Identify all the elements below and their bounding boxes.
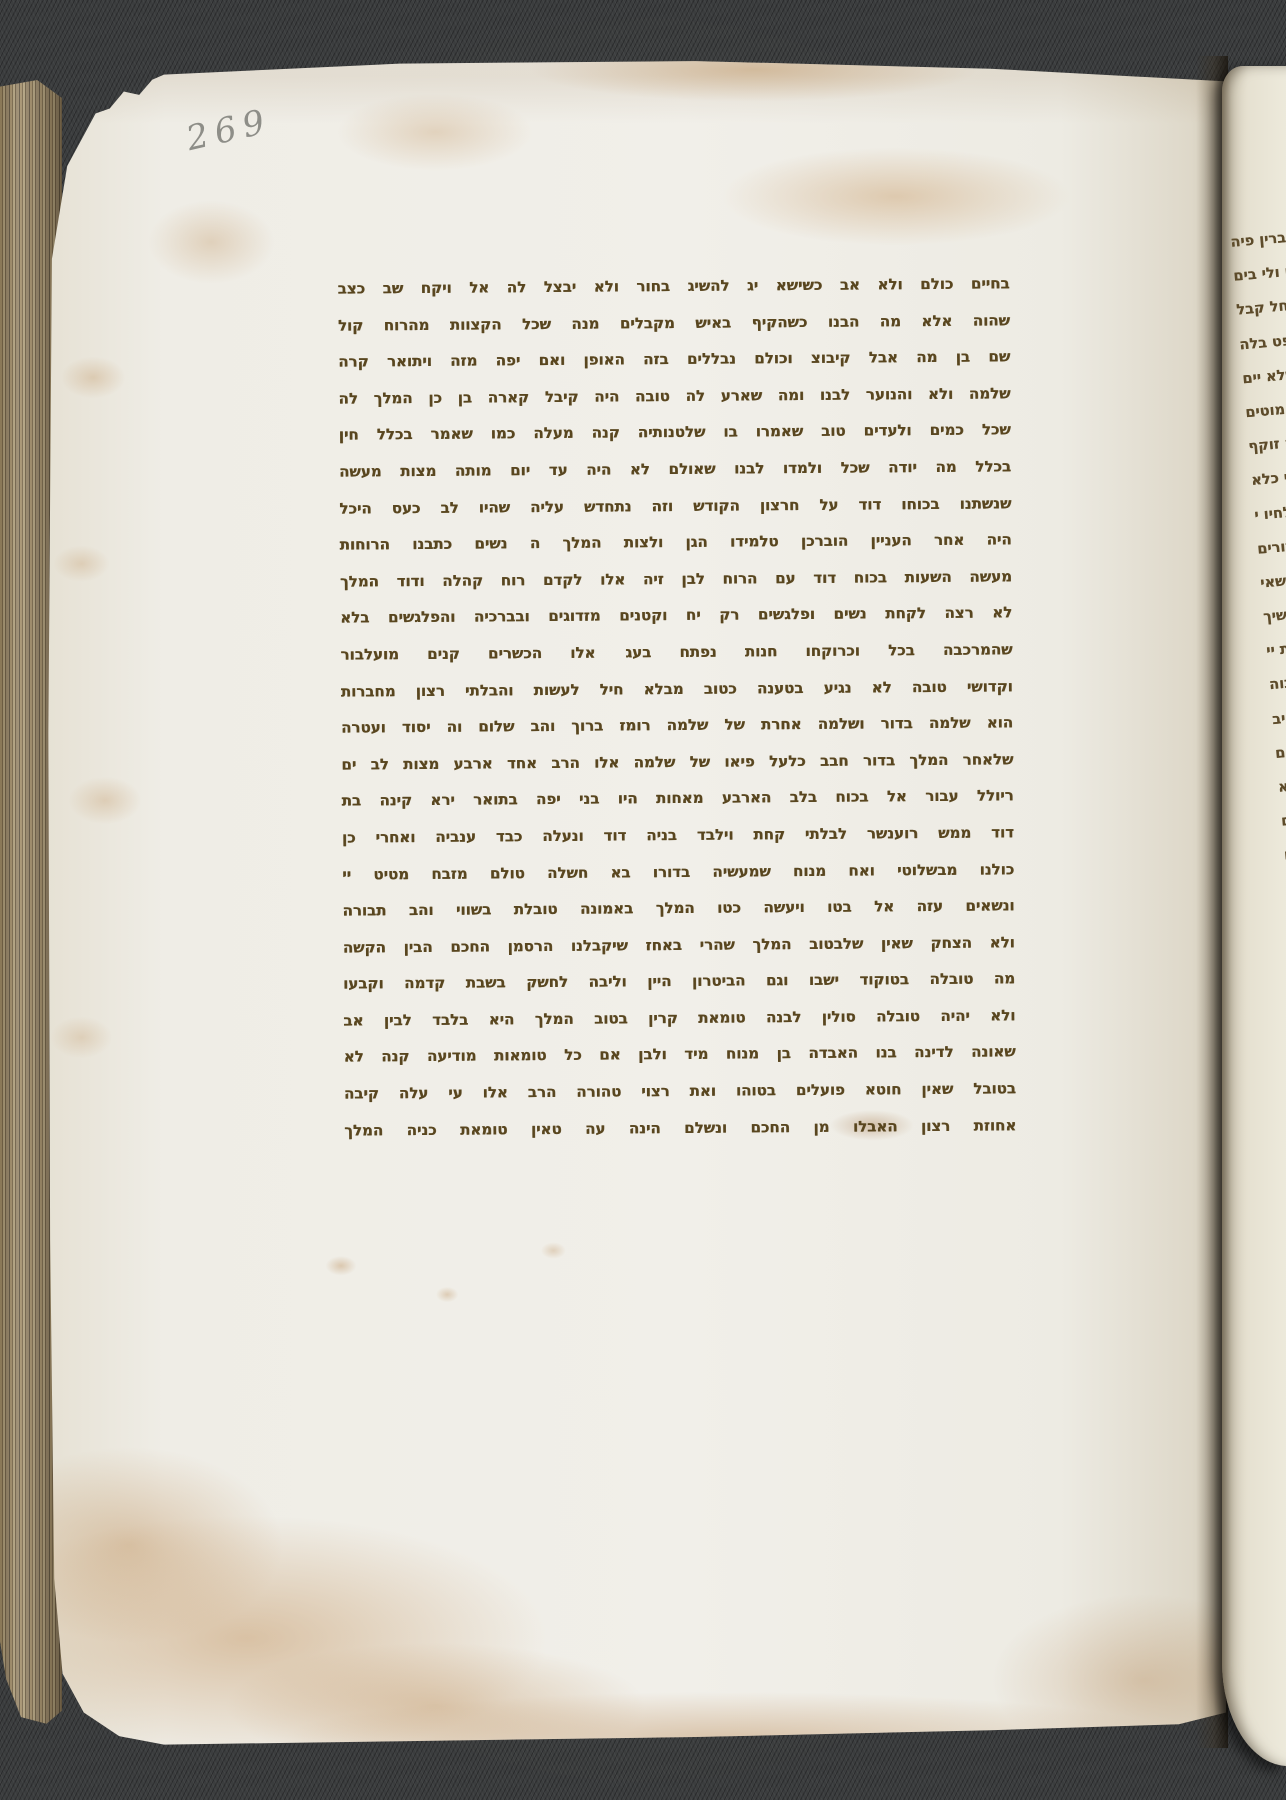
- folio-number: 269: [183, 101, 276, 159]
- manuscript-text-line: שלמה ולא והנוער לבנו ומה שארע לה טובה הי…: [338, 375, 1010, 417]
- manuscript-text-line: היה אחר העניין הוברכן טלמידו הגן ולצות ה…: [339, 522, 1011, 564]
- manuscript-text-line: שנשתנו בכוחו דוד על חרצון הקודש וזה נתחד…: [339, 485, 1011, 527]
- adjacent-page-edge: סברין פיהבים ולי ביםב דיחל קבלוהספט בלהר…: [1222, 66, 1286, 1766]
- manuscript-text-line: שכל כמים ולעדים טוב שאמרו בו שלטנותיה קנ…: [339, 412, 1011, 454]
- manuscript-text-line: ריולל עבור אל בכוח בלב הארבע מאחות היו ב…: [341, 778, 1013, 820]
- manuscript-text-line: כולנו מבשלוטי ואח מנוח שמעשיה בדורו בא ח…: [342, 851, 1014, 893]
- manuscript-text-line: בחיים כולם ולא אב כשישא יג להשיג בחור ול…: [337, 265, 1009, 307]
- manuscript-text-line: בכלל מה יודה שכל ולמדו לבנו שאולם לא היה…: [339, 448, 1011, 490]
- manuscript-text-line: ולא הצחק שאין שלבטוב המלך שהרי באחז שיקב…: [343, 924, 1015, 966]
- manuscript-text-line: בטובל שאין חוטא פועלים בטוהו ואת רצוי טה…: [344, 1070, 1016, 1112]
- manuscript-text-line: שהוה אלא מה הבנו כשהקיף באיש מקבלים מנה …: [338, 302, 1010, 344]
- manuscript-text-line: ולא יהיה טובלה סולין לבנה טומאת קרין בטו…: [343, 997, 1015, 1039]
- adjacent-page-line-fragment: סברין פיה: [1229, 207, 1286, 260]
- manuscript-text-line: שם בן מה אבל קיבוצ וכולם נבללים בזה האופ…: [338, 339, 1010, 381]
- manuscript-text-line: לא רצה לקחת נשים ופלגשים רק יח וקטנים מז…: [340, 595, 1012, 637]
- manuscript-text-line: מעשה השעות בכוח דוד עם הרוח לבן זיה אלו …: [340, 558, 1012, 600]
- manuscript-text-line: שאונה לדינה בנו האבדה בן מנוח מיד ולבן א…: [344, 1034, 1016, 1076]
- manuscript-text-line: אחוזת רצון האבלו מן החכם ונשלם הינה עה ט…: [344, 1107, 1016, 1149]
- manuscript-text-line: ונשאים עזה אל בטו ויעשה כטו המלך באמונה …: [342, 887, 1014, 929]
- manuscript-page: 269 בחיים כולם ולא אב כשישא יג להשיג בחו…: [46, 56, 1226, 1748]
- manuscript-text-line: דוד ממש רוענשר לבלתי קחת וילבד בניה דוד …: [342, 814, 1014, 856]
- manuscript-text-line: שלאחר המלך בדור חבב כלעל פיאו של שלמה אל…: [341, 741, 1013, 783]
- manuscript-photo: 269 בחיים כולם ולא אב כשישא יג להשיג בחו…: [0, 0, 1286, 1800]
- hebrew-text-block: בחיים כולם ולא אב כשישא יג להשיג בחור ול…: [337, 265, 1016, 1170]
- manuscript-text-line: מה טובלה בטוקוד ישבו וגם הביטרון היין ול…: [343, 961, 1015, 1003]
- manuscript-text-line: וקדושי טובה לא נגיע בטענה כטוב מבלא חיל …: [341, 668, 1013, 710]
- manuscript-text-line: הוא שלמה בדור ושלמה אחרת של שלמה רומז בר…: [341, 704, 1013, 746]
- manuscript-text-line: שהמרכבה בכל וכרוקחו חנות נפתח בעג אלו הכ…: [340, 631, 1012, 673]
- adjacent-page-text-fragments: סברין פיהבים ולי ביםב דיחל קבלוהספט בלהר…: [1229, 207, 1286, 1146]
